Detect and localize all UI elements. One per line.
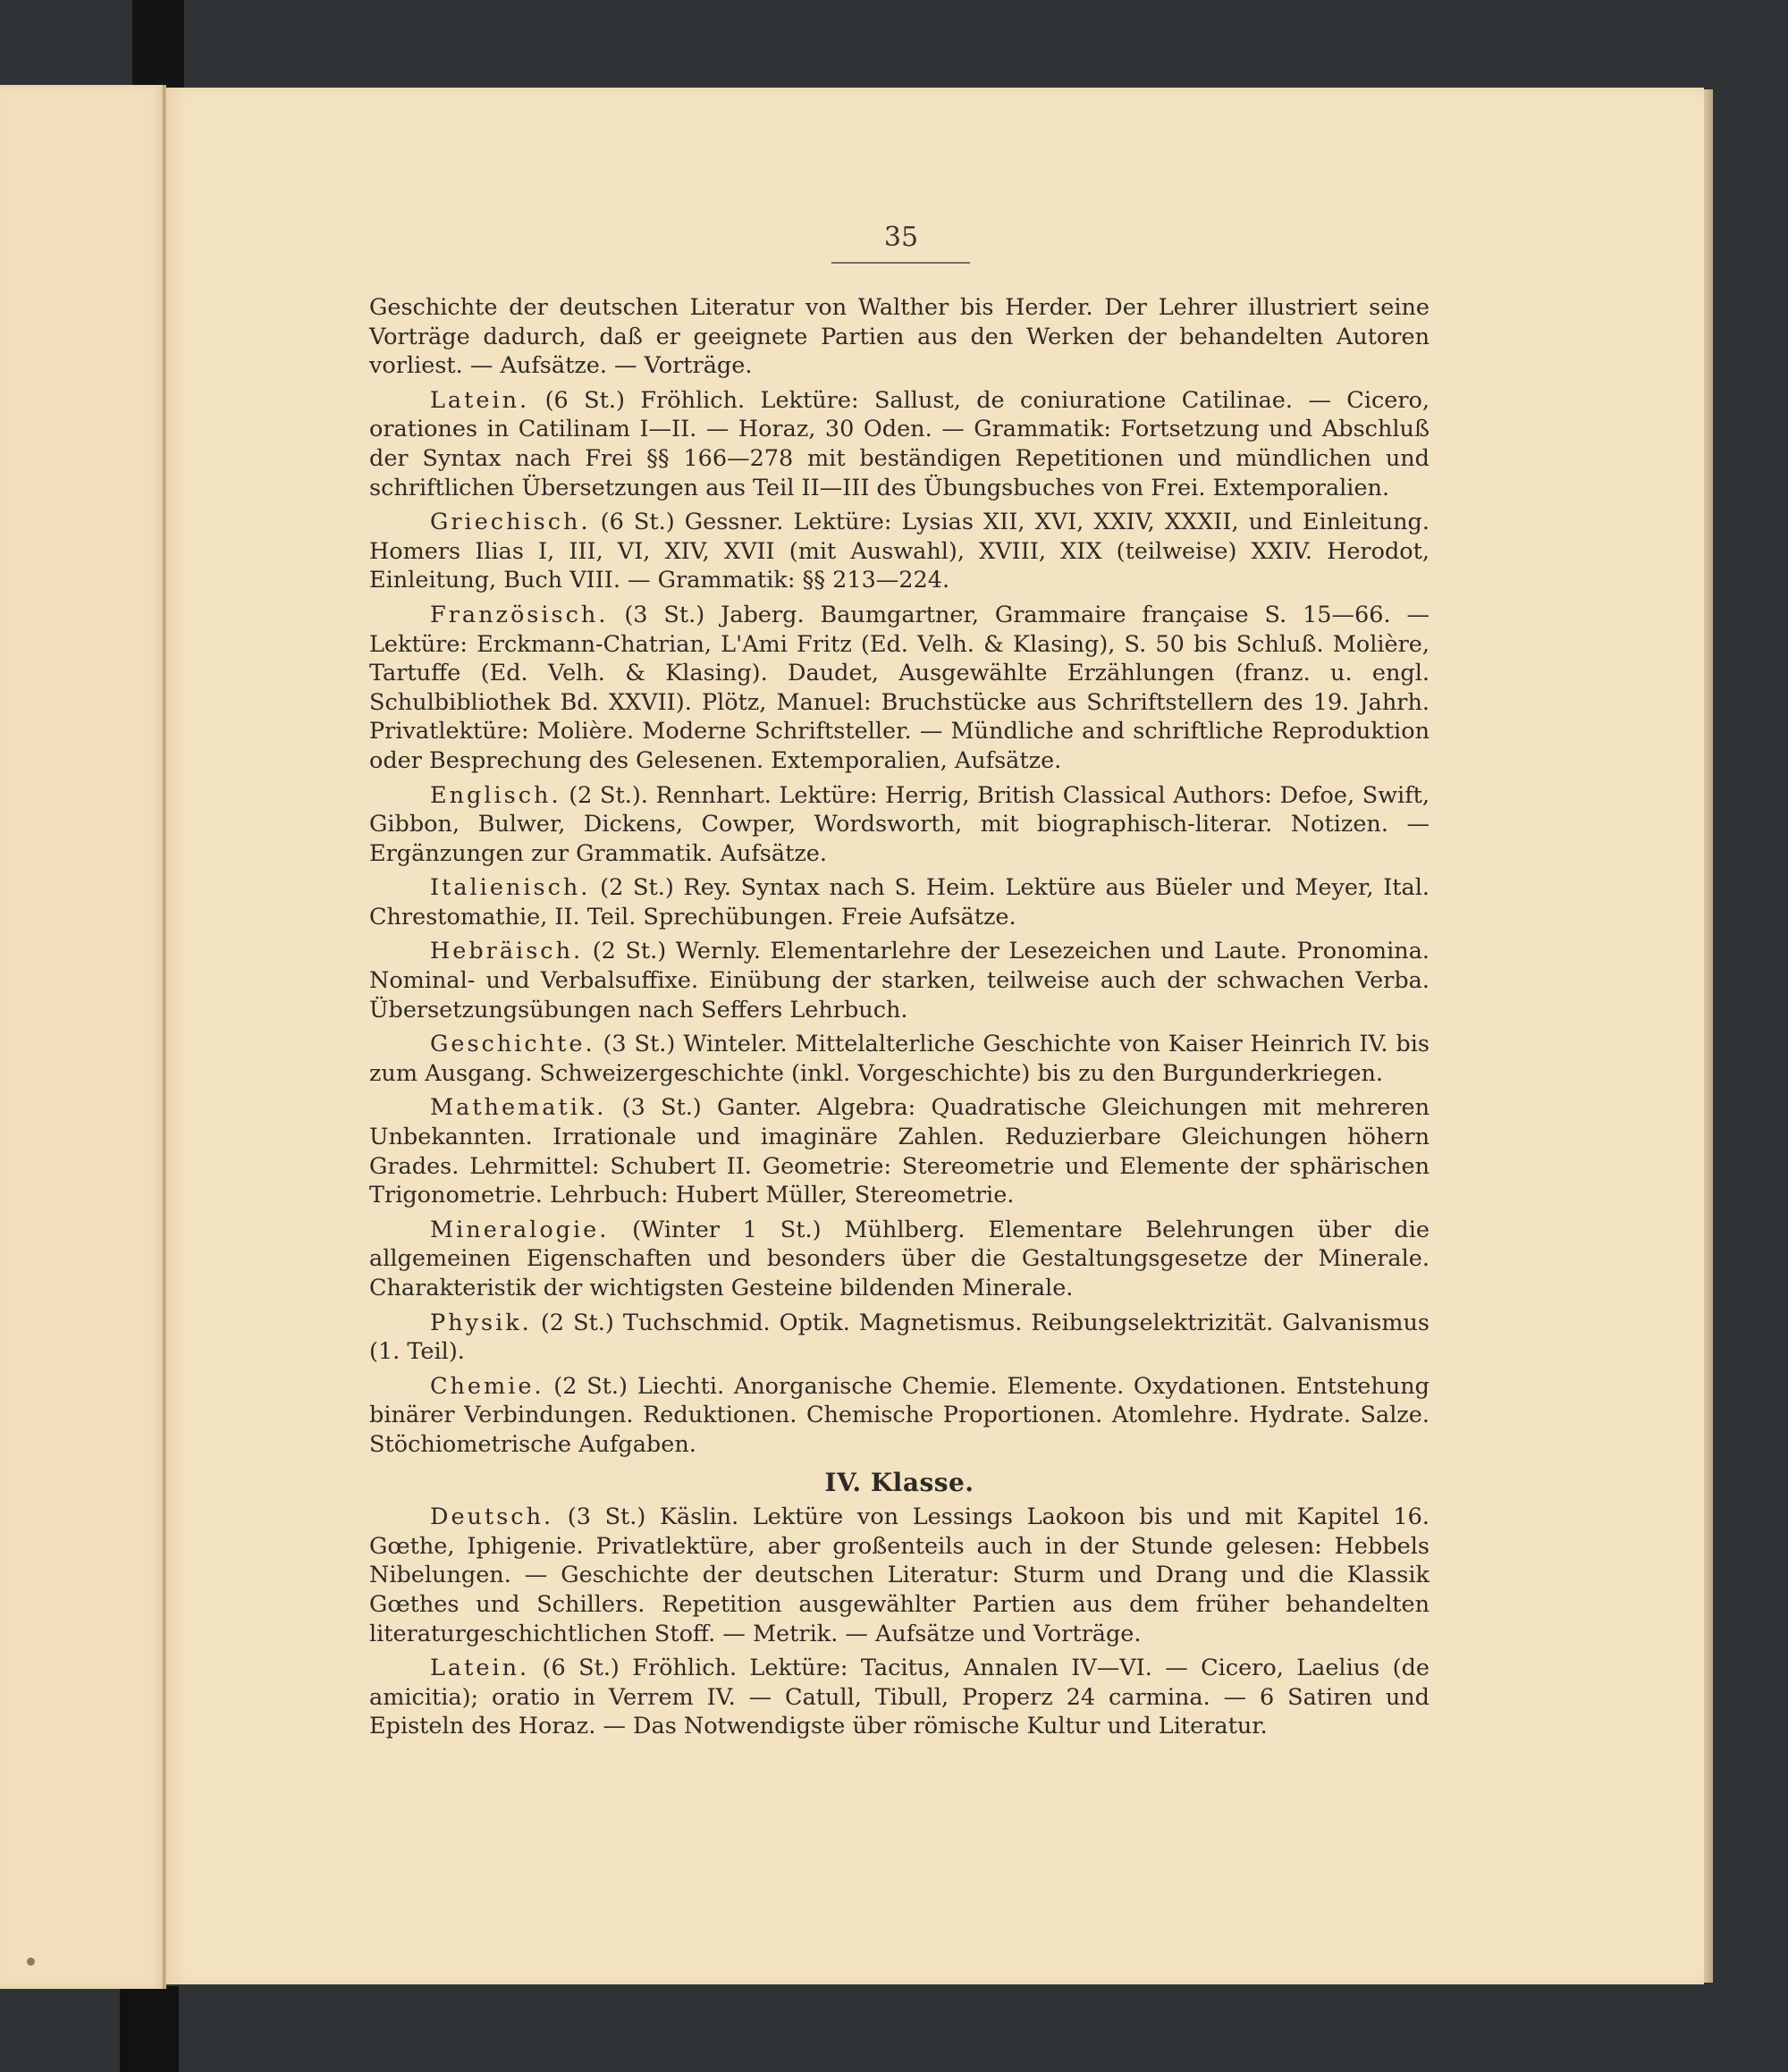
paragraph-mineralogie-iii: Mineralogie. (Winter 1 St.) Mühlberg. El… [369, 1216, 1430, 1303]
paragraph-latein-iv: Latein. (6 St.) Fröhlich. Lektüre: Tacit… [369, 1654, 1430, 1741]
subject-label: Deutsch. [430, 1503, 553, 1530]
paragraph-deutsch-iii-continued: Geschichte der deutschen Literatur von W… [369, 293, 1430, 381]
paragraph-italienisch-iii: Italienisch. (2 St.) Rey. Syntax nach S.… [369, 873, 1430, 931]
page-number-rule [831, 262, 970, 264]
subject-label: Hebräisch. [430, 938, 583, 964]
subject-label: Mathematik. [430, 1094, 606, 1121]
paragraph-physik-iii: Physik. (2 St.) Tuchschmid. Optik. Magne… [369, 1309, 1430, 1367]
bookmark-ribbon-top [132, 0, 184, 88]
paragraph-franzoesisch-iii: Französisch. (3 St.) Jaberg. Baumgartner… [369, 601, 1430, 776]
paragraph-geschichte-iii: Geschichte. (3 St.) Winteler. Mittelalte… [369, 1030, 1430, 1088]
subject-label: Englisch. [430, 782, 561, 809]
subject-label: Griechisch. [430, 509, 591, 535]
subject-label: Latein. [430, 1655, 529, 1681]
paragraph-chemie-iii: Chemie. (2 St.) Liechti. Anorganische Ch… [369, 1372, 1430, 1460]
subject-label: Geschichte. [430, 1031, 595, 1057]
paragraph-deutsch-iv: Deutsch. (3 St.) Käslin. Lektüre von Les… [369, 1503, 1430, 1648]
page-edge-strip [1704, 89, 1713, 1983]
paragraph-hebraeisch-iii: Hebräisch. (2 St.) Wernly. Elementarlehr… [369, 937, 1430, 1024]
section-heading-iv-klasse: IV. Klasse. [369, 1469, 1430, 1498]
subject-label: Chemie. [430, 1373, 544, 1400]
document-body: Geschichte der deutschen Literatur von W… [369, 293, 1430, 1747]
subject-label: Italienisch. [430, 874, 590, 901]
subject-label: Latein. [430, 387, 529, 414]
paragraph-latein-iii: Latein. (6 St.) Fröhlich. Lektüre: Sallu… [369, 386, 1430, 502]
paragraph-mathematik-iii: Mathematik. (3 St.) Ganter. Algebra: Qua… [369, 1093, 1430, 1209]
subject-label: Mineralogie. [430, 1217, 609, 1243]
paragraph-text: Geschichte der deutschen Literatur von W… [369, 294, 1430, 379]
subject-label: Physik. [430, 1310, 532, 1336]
paragraph-englisch-iii: Englisch. (2 St.). Rennhart. Lektüre: He… [369, 781, 1430, 869]
paragraph-griechisch-iii: Griechisch. (6 St.) Gessner. Lektüre: Ly… [369, 508, 1430, 595]
bookmark-ribbon-bottom [120, 1986, 179, 2072]
left-page-blank [0, 85, 164, 1989]
page-number: 35 [856, 222, 946, 253]
subject-label: Französisch. [430, 602, 608, 628]
paper-speck [27, 1958, 35, 1966]
